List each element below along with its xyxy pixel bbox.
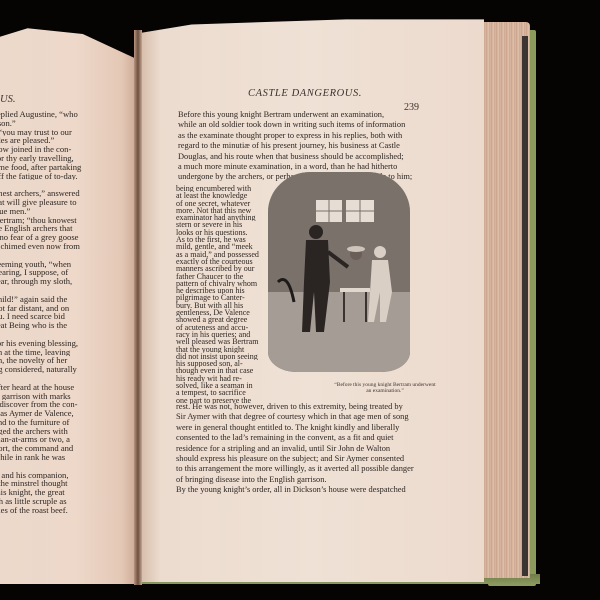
photo-background: US. replied Augustine, “whoason.”, “you …	[0, 0, 600, 600]
text-line: gentleness, De Valence	[176, 309, 266, 316]
left-running-head: US.	[0, 94, 15, 105]
text-line: exactly of the courteous	[176, 258, 266, 265]
text-line: manners ascribed by our	[176, 265, 266, 272]
text-line: were in general thought entitled to. The…	[176, 423, 476, 433]
text-line: his supposed son, al-	[176, 360, 266, 367]
text-line	[0, 462, 124, 471]
text-line: at least the knowledge	[176, 192, 266, 199]
text-line: s discover from the con-	[0, 400, 124, 409]
text-line: reat Being who is the	[0, 321, 124, 330]
text-line: onest archers,” answered	[0, 189, 124, 198]
text-line: ng considered, naturally	[0, 365, 124, 374]
text-line: being encumbered with	[176, 185, 266, 192]
text-line: of bringing disease into the English gar…	[176, 475, 476, 485]
text-line	[0, 330, 124, 339]
text-line: hort, the command and	[0, 444, 124, 453]
text-line: and to the furniture of	[0, 418, 124, 427]
left-page-body: replied Augustine, “whoason.”, “you may …	[0, 110, 124, 515]
text-line: lf and his companion,	[0, 471, 124, 480]
text-line: ome food, after partaking	[0, 163, 124, 172]
text-line: h chimed even now from	[0, 242, 124, 251]
text-line: man-at-arms or two, a	[0, 435, 124, 444]
text-line: ch, the novelty of her	[0, 356, 124, 365]
text-line: his ready wit had re-	[176, 375, 266, 382]
text-line: true men.”	[0, 207, 124, 216]
text-line	[0, 286, 124, 295]
text-line: as a maid,” and possessed	[176, 251, 266, 258]
text-line: of acuteness and accu-	[176, 324, 266, 331]
text-line: fear, through my sloth,	[0, 277, 124, 286]
caption-line: an examination.”	[300, 388, 470, 394]
text-line: consented to the lad’s remaining in the …	[176, 433, 476, 443]
right-running-head: CASTLE DANGEROUS.	[248, 88, 362, 99]
text-line: racy in his queries; and	[176, 331, 266, 338]
text-line: he English archers that	[0, 224, 124, 233]
text-line: mild, gentle, and “meek	[176, 243, 266, 250]
text-line: did not insist upon seeing	[176, 353, 266, 360]
book-gutter	[134, 30, 142, 585]
text-line: regard to the minutiæ of his present jou…	[178, 141, 478, 151]
text-line: that the young knight	[176, 346, 266, 353]
text-line: ason.”	[0, 119, 124, 128]
text-line: a tempest, to sacrifice	[176, 389, 266, 396]
illustration-scene	[268, 172, 410, 372]
text-line: was Aymer de Valence,	[0, 409, 124, 418]
text-line: to this arrangement the more willingly, …	[176, 464, 476, 474]
text-line: though even in that case	[176, 367, 266, 374]
text-line: As to the first, he was	[176, 236, 266, 243]
text-line: after heard at the house	[0, 383, 124, 392]
text-line: seeming youth, “when	[0, 260, 124, 269]
text-line: examinator had anything	[176, 214, 266, 221]
text-line: hat will give pleasure to	[0, 198, 124, 207]
text-line: By the young knight’s order, all in Dick…	[176, 485, 476, 495]
text-line: dies of the roast beef.	[0, 506, 124, 515]
text-line: ts garrison with marks	[0, 392, 124, 401]
text-line	[0, 251, 124, 260]
text-line: pilgrimage to Canter-	[176, 294, 266, 301]
page-stack-shadow	[522, 36, 528, 576]
text-line	[0, 374, 124, 383]
text-line: showed a great degree	[176, 316, 266, 323]
text-line: for his evening blessing,	[0, 339, 124, 348]
text-line: father Chaucer to the	[176, 273, 266, 280]
text-line: looks or his questions.	[176, 229, 266, 236]
text-line: more. Not that this new	[176, 207, 266, 214]
text-line: Bertram; “thou knowest	[0, 216, 124, 225]
text-line: Before this young knight Bertram underwe…	[178, 110, 478, 120]
text-line: should express his pleasure on the subje…	[176, 454, 476, 464]
text-line: nged the archers with	[0, 427, 124, 436]
text-line: well pleased was Bertram	[176, 338, 266, 345]
illustration-caption: “Before this young knight Bertram underw…	[300, 382, 470, 394]
text-line: child!” again said the	[0, 295, 124, 304]
text-line: s no fear of a grey goose	[0, 233, 124, 242]
text-line: while in rank he was	[0, 453, 124, 462]
text-line: this knight, the great	[0, 488, 124, 497]
text-line: pattern of chivalry whom	[176, 280, 266, 287]
text-line: Douglas, and his route when that busines…	[178, 152, 478, 162]
text-line: a much more minute examination, in a wor…	[178, 162, 478, 172]
text-line: ides are pleased.”	[0, 136, 124, 145]
right-page-bottom-text: rest. He was not, however, driven to thi…	[176, 402, 476, 496]
text-line: for thy early travelling,	[0, 154, 124, 163]
text-line: ou. I need scarce bid	[0, 312, 124, 321]
text-line: ch at the time, leaving	[0, 348, 124, 357]
text-line: while an old soldier took down in writin…	[178, 120, 478, 130]
text-line: solved, like a seaman in	[176, 382, 266, 389]
text-line: not far distant, and on	[0, 304, 124, 313]
text-line: off the fatigue of to-day.	[0, 172, 124, 181]
text-line: , the minstrel thought	[0, 479, 124, 488]
engraving-illustration	[268, 172, 410, 372]
text-line: rest. He was not, however, driven to thi…	[176, 402, 476, 412]
text-line: of one secret, whatever	[176, 200, 266, 207]
text-line: hearing, I suppose, of	[0, 268, 124, 277]
text-line: now joined in the con-	[0, 145, 124, 154]
text-line: replied Augustine, “who	[0, 110, 124, 119]
text-line: bury. But with all his	[176, 302, 266, 309]
text-line: as the examinate thought proper to expre…	[178, 131, 478, 141]
text-line: ith as little scruple as	[0, 497, 124, 506]
right-page-wrap-text: being encumbered withat least the knowle…	[176, 185, 266, 404]
text-line: he describes upon his	[176, 287, 266, 294]
text-line: , “you may trust to our	[0, 128, 124, 137]
text-line: stern or severe in his	[176, 221, 266, 228]
text-line: Sir Aymer with that degree of courtesy w…	[176, 412, 476, 422]
text-line	[0, 180, 124, 189]
text-line: residence for a stripling and an invalid…	[176, 444, 476, 454]
